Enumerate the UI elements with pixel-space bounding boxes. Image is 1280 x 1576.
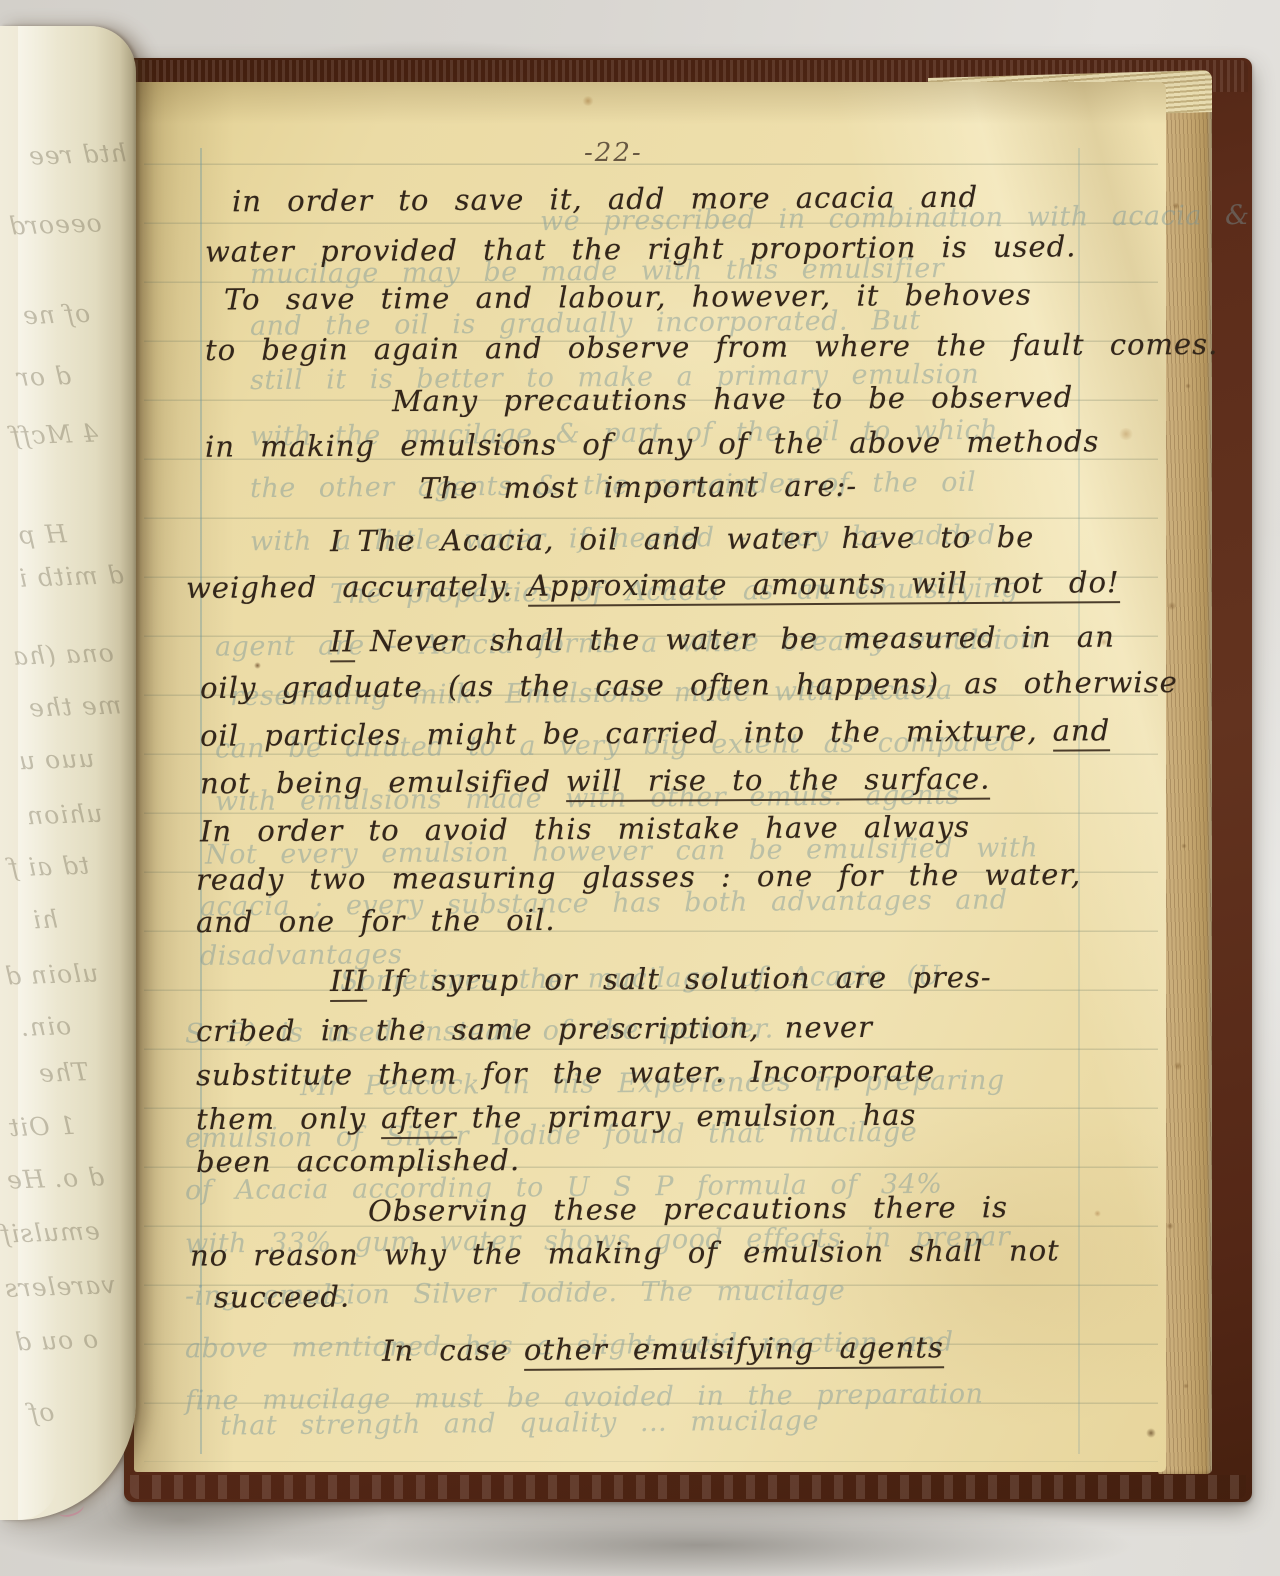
foxing-spot	[1094, 1210, 1101, 1217]
foxing-spot	[582, 96, 594, 106]
previous-page-curl	[0, 26, 136, 1520]
manuscript-page	[134, 82, 1166, 1472]
foxing-spot	[254, 662, 261, 669]
foxing-spot	[1100, 638, 1108, 646]
foxing-spot	[1146, 1428, 1156, 1438]
ruled-lines	[144, 106, 1158, 1462]
photo-of-manuscript: { "document": { "type": "handwritten not…	[0, 0, 1280, 1576]
right-margin-line	[1078, 148, 1080, 1454]
left-margin-line	[200, 148, 202, 1454]
fore-edge-pages	[1158, 86, 1212, 1474]
foxing-spot	[1118, 428, 1134, 440]
